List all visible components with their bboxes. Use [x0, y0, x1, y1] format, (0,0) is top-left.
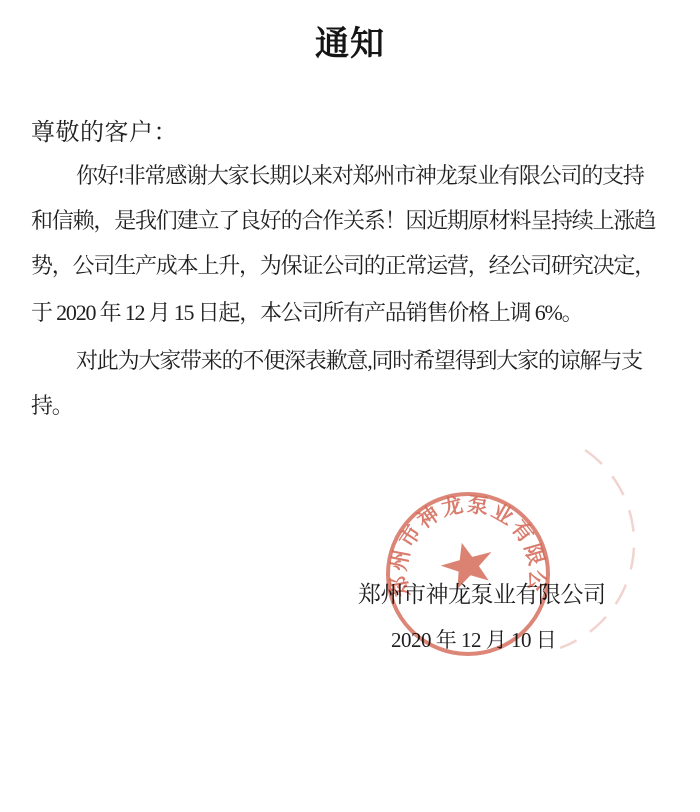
- body-line: 你好!非常感谢大家长期以来对郑州市神龙泵业有限公司的支持: [31, 159, 644, 191]
- seal-ghost-arc: [560, 450, 634, 648]
- body-line: 持。: [31, 389, 73, 421]
- svg-text:郑州市神龙泵业有限公司: 郑州市神龙泵业有限公司: [350, 430, 550, 600]
- body-line: 势，公司生产成本上升，为保证公司的正常运营，经公司研究决定，: [31, 249, 655, 281]
- seal-ring-text: 郑州市神龙泵业有限公司: [350, 430, 550, 600]
- notice-document: 通知 尊敬的客户： 你好!非常感谢大家长期以来对郑州市神龙泵业有限公司的支持 和…: [0, 0, 700, 812]
- body-line: 于 2020 年 12 月 15 日起，本公司所有产品销售价格上调 6%。: [31, 296, 582, 328]
- body-line: 对此为大家带来的不便深表歉意,同时希望得到大家的谅解与支: [31, 344, 642, 376]
- page-title: 通知: [0, 16, 700, 65]
- signature-company-name: 郑州市神龙泵业有限公司: [358, 576, 606, 609]
- salutation: 尊敬的客户：: [31, 112, 178, 147]
- body-line: 和信赖，是我们建立了良好的合作关系！因近期原材料呈持续上涨趋: [31, 204, 655, 236]
- signature-date: 2020 年 12 月 10 日: [391, 624, 556, 654]
